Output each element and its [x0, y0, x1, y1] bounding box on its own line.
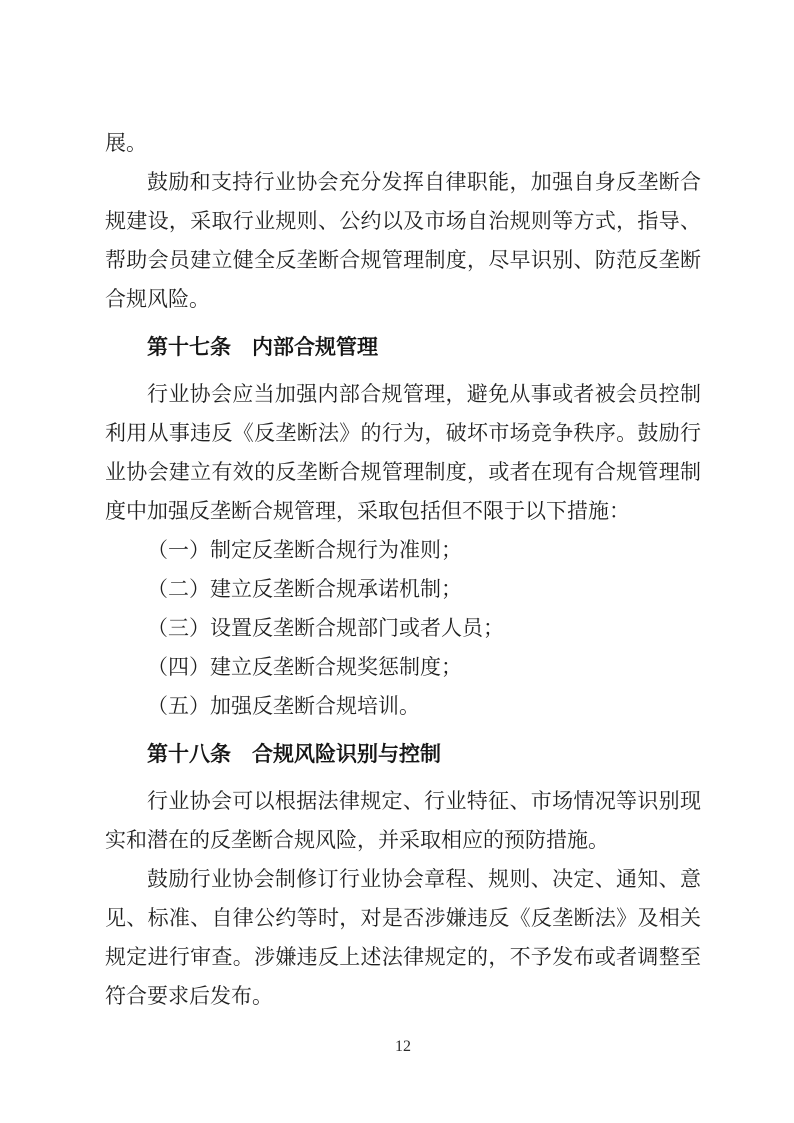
list-item-4: （四）建立反垄断合规奖惩制度；: [105, 648, 701, 687]
document-body: 展。 鼓励和支持行业协会充分发挥自律职能，加强自身反垄断合规建设，采取行业规则、…: [105, 124, 701, 1016]
article-17-heading: 第十七条 内部合规管理: [105, 328, 701, 367]
page-footer: 12: [105, 1036, 701, 1058]
article-18-heading: 第十八条 合规风险识别与控制: [105, 735, 701, 774]
list-item-5: （五）加强反垄断合规培训。: [105, 687, 701, 726]
paragraph-association-self-discipline: 鼓励和支持行业协会充分发挥自律职能，加强自身反垄断合规建设，采取行业规则、公约以…: [105, 163, 701, 319]
document-page: 展。 鼓励和支持行业协会充分发挥自律职能，加强自身反垄断合规建设，采取行业规则、…: [0, 0, 794, 1123]
list-item-3: （三）设置反垄断合规部门或者人员；: [105, 609, 701, 648]
paragraph-charter-review: 鼓励行业协会制修订行业协会章程、规则、决定、通知、意见、标准、自律公约等时，对是…: [105, 860, 701, 1016]
paragraph-risk-identification: 行业协会可以根据法律规定、行业特征、市场情况等识别现实和潜在的反垄断合规风险，并…: [105, 782, 701, 860]
list-item-1: （一）制定反垄断合规行为准则；: [105, 531, 701, 570]
list-item-2: （二）建立反垄断合规承诺机制；: [105, 570, 701, 609]
paragraph-internal-compliance: 行业协会应当加强内部合规管理，避免从事或者被会员控制利用从事违反《反垄断法》的行…: [105, 375, 701, 531]
page-number: 12: [395, 1038, 411, 1055]
paragraph-continuation: 展。: [105, 124, 701, 163]
